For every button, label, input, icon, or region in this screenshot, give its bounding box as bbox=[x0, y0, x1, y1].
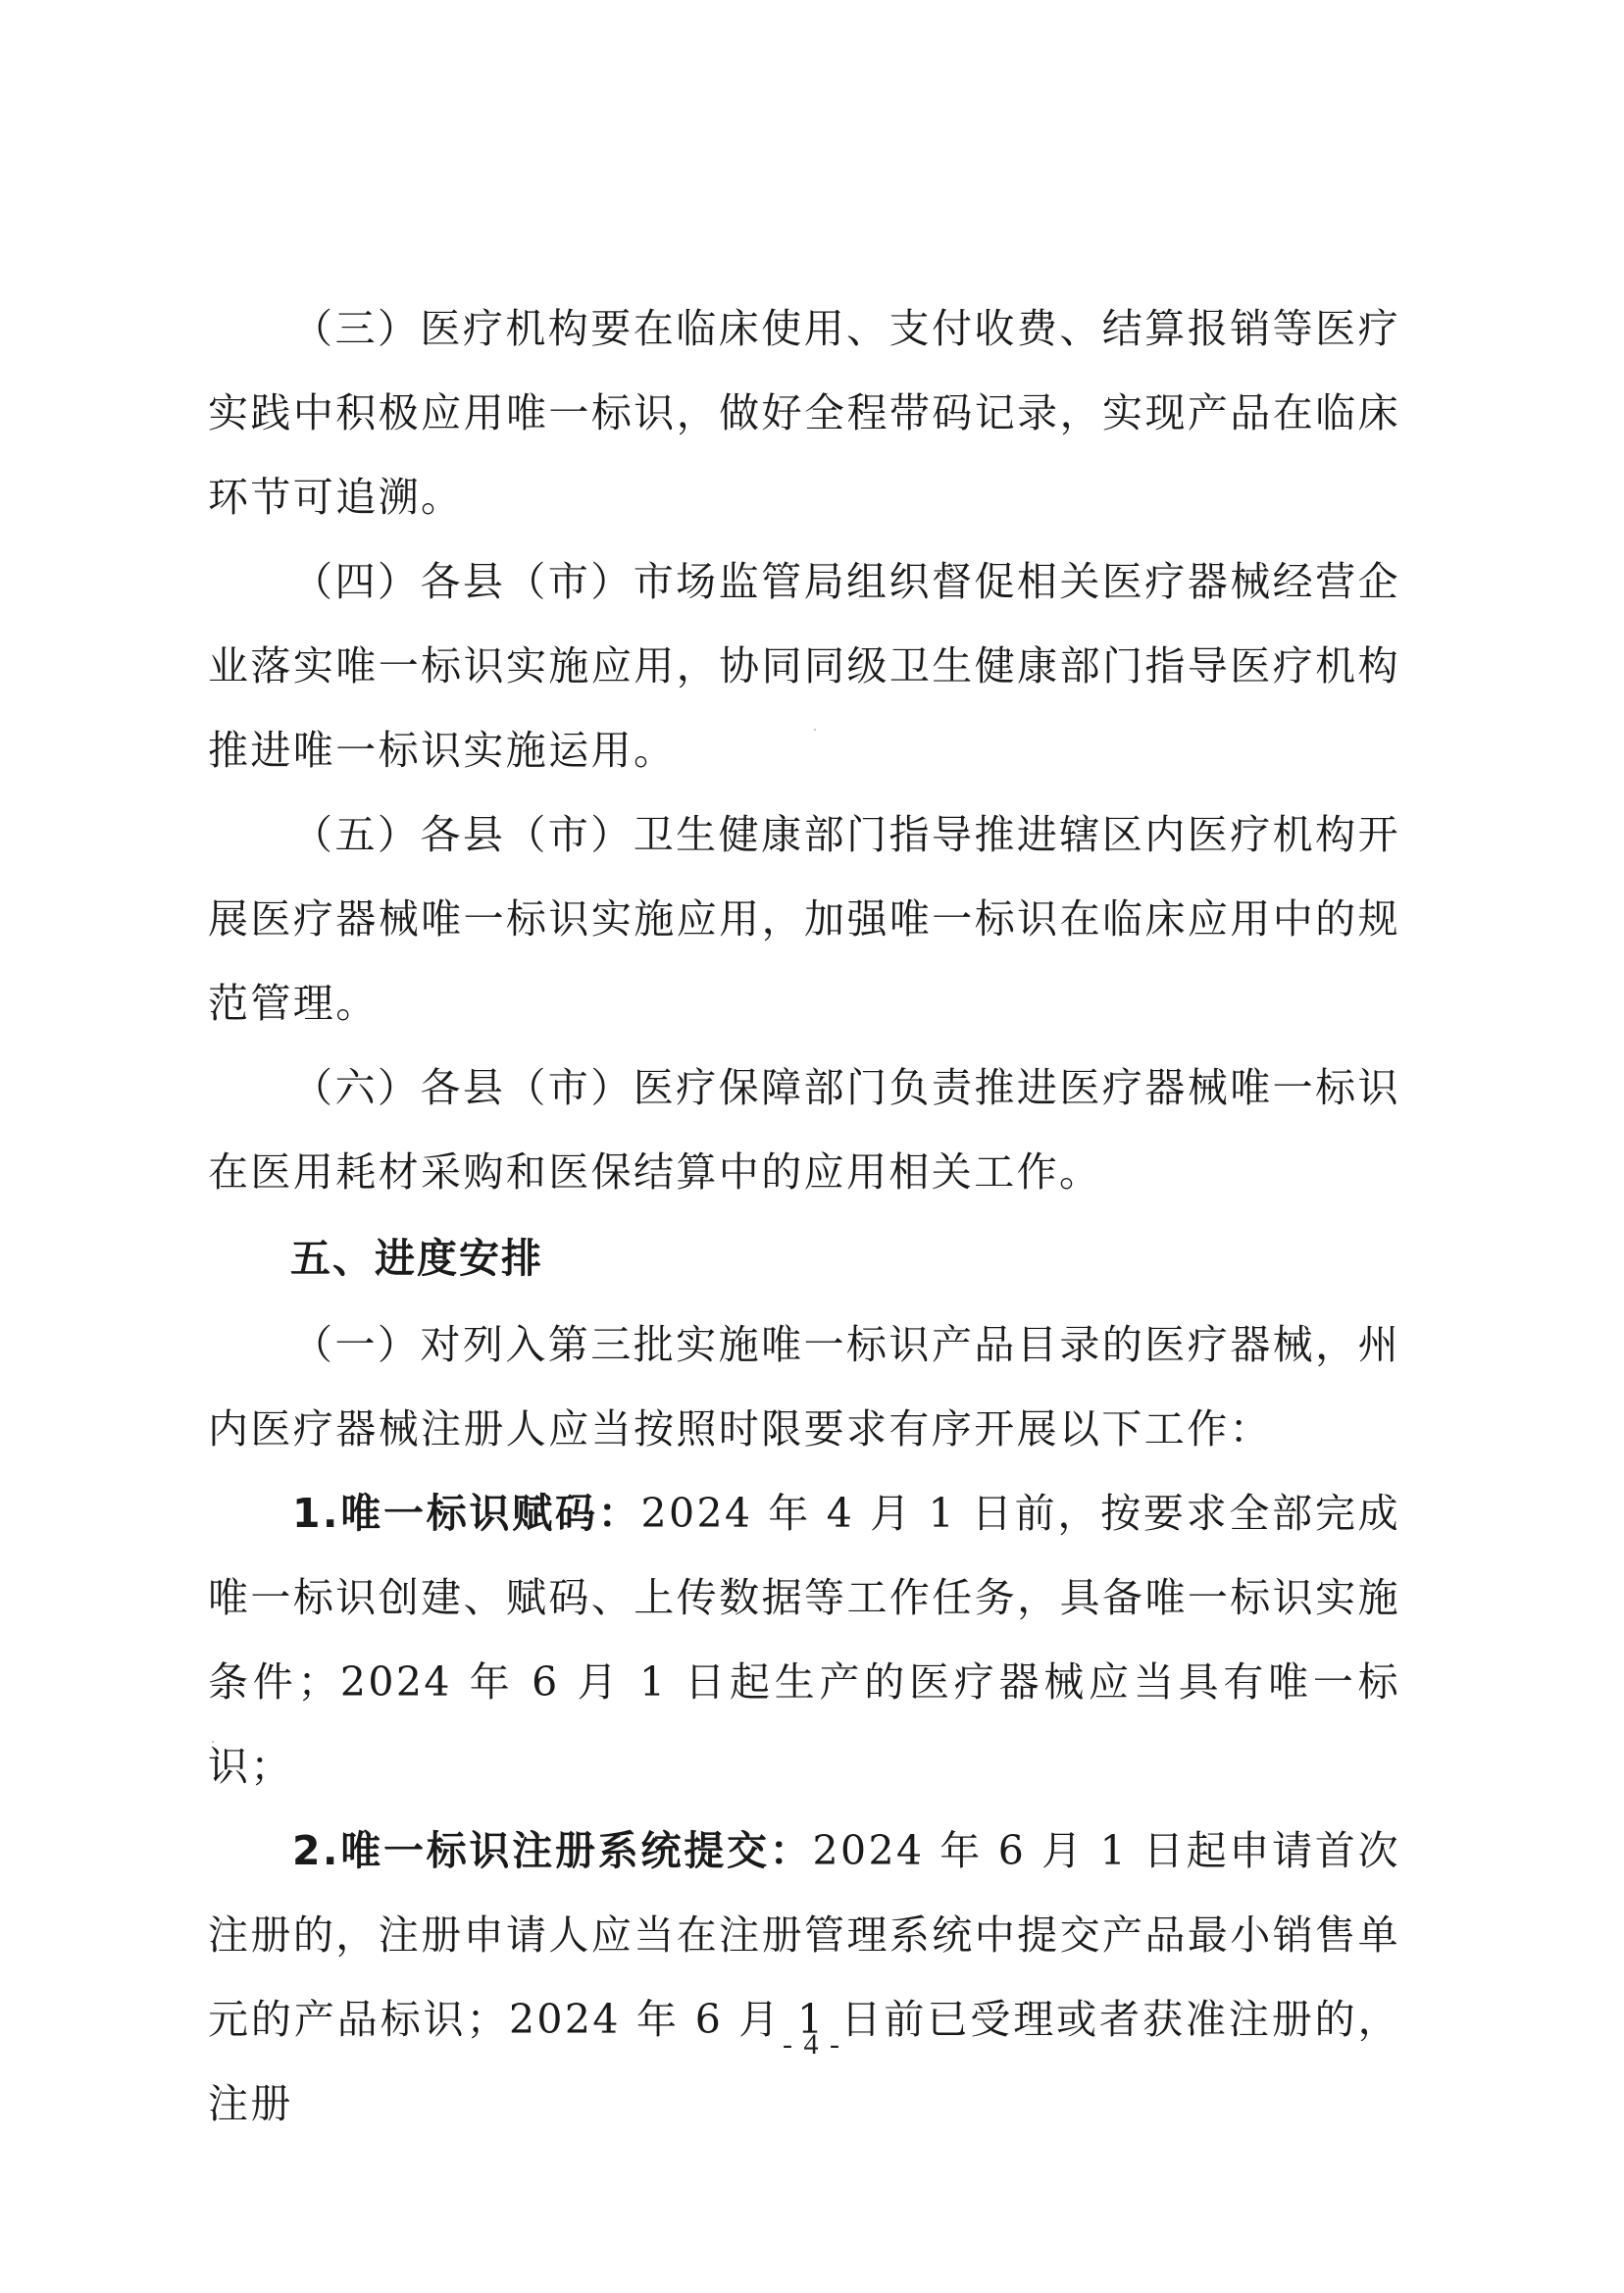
paragraph-lead-label: 2.唯一标识注册系统提交： bbox=[292, 1827, 813, 1874]
paragraph-text: （一）对列入第三批实施唯一标识产品目录的医疗器械，州内医疗器械注册人应当按照时限… bbox=[208, 1321, 1400, 1452]
paragraph-text: （三）医疗机构要在临床使用、支付收费、结算报销等医疗实践中积极应用唯一标识，做好… bbox=[208, 305, 1400, 521]
page-number: - 4 - bbox=[0, 2028, 1624, 2062]
paragraph-text: （五）各县（市）卫生健康部门指导推进辖区内医疗机构开展医疗器械唯一标识实施应用，… bbox=[208, 811, 1400, 1027]
paragraph-item-4: （四）各县（市）市场监管局组织督促相关医疗器械经营企业落实唯一标识实施应用，协同… bbox=[208, 539, 1400, 792]
paragraph-text: （四）各县（市）市场监管局组织督促相关医疗器械经营企业落实唯一标识实施应用，协同… bbox=[208, 558, 1400, 774]
section-heading-schedule: 五、进度安排 bbox=[208, 1214, 1400, 1302]
paragraph-lead-label: 1.唯一标识赋码： bbox=[292, 1490, 641, 1537]
paragraph-schedule-1: （一）对列入第三批实施唯一标识产品目录的医疗器械，州内医疗器械注册人应当按照时限… bbox=[208, 1302, 1400, 1471]
paragraph-item-3: （三）医疗机构要在临床使用、支付收费、结算报销等医疗实践中积极应用唯一标识，做好… bbox=[208, 286, 1400, 539]
paragraph-schedule-1-2: 2.唯一标识注册系统提交：2024 年 6 月 1 日起申请首次注册的，注册申请… bbox=[208, 1809, 1400, 2146]
paragraph-item-5: （五）各县（市）卫生健康部门指导推进辖区内医疗机构开展医疗器械唯一标识实施应用，… bbox=[208, 792, 1400, 1045]
scan-speck bbox=[212, 1741, 214, 1743]
paragraph-item-6: （六）各县（市）医疗保障部门负责推进医疗器械唯一标识在医用耗材采购和医保结算中的… bbox=[208, 1045, 1400, 1214]
document-body: （三）医疗机构要在临床使用、支付收费、结算报销等医疗实践中积极应用唯一标识，做好… bbox=[208, 286, 1400, 2146]
paragraph-schedule-1-1: 1.唯一标识赋码：2024 年 4 月 1 日前，按要求全部完成唯一标识创建、赋… bbox=[208, 1471, 1400, 1809]
paragraph-text: （六）各县（市）医疗保障部门负责推进医疗器械唯一标识在医用耗材采购和医保结算中的… bbox=[208, 1064, 1400, 1196]
scan-speck bbox=[814, 729, 816, 731]
document-page: （三）医疗机构要在临床使用、支付收费、结算报销等医疗实践中积极应用唯一标识，做好… bbox=[0, 0, 1624, 2293]
